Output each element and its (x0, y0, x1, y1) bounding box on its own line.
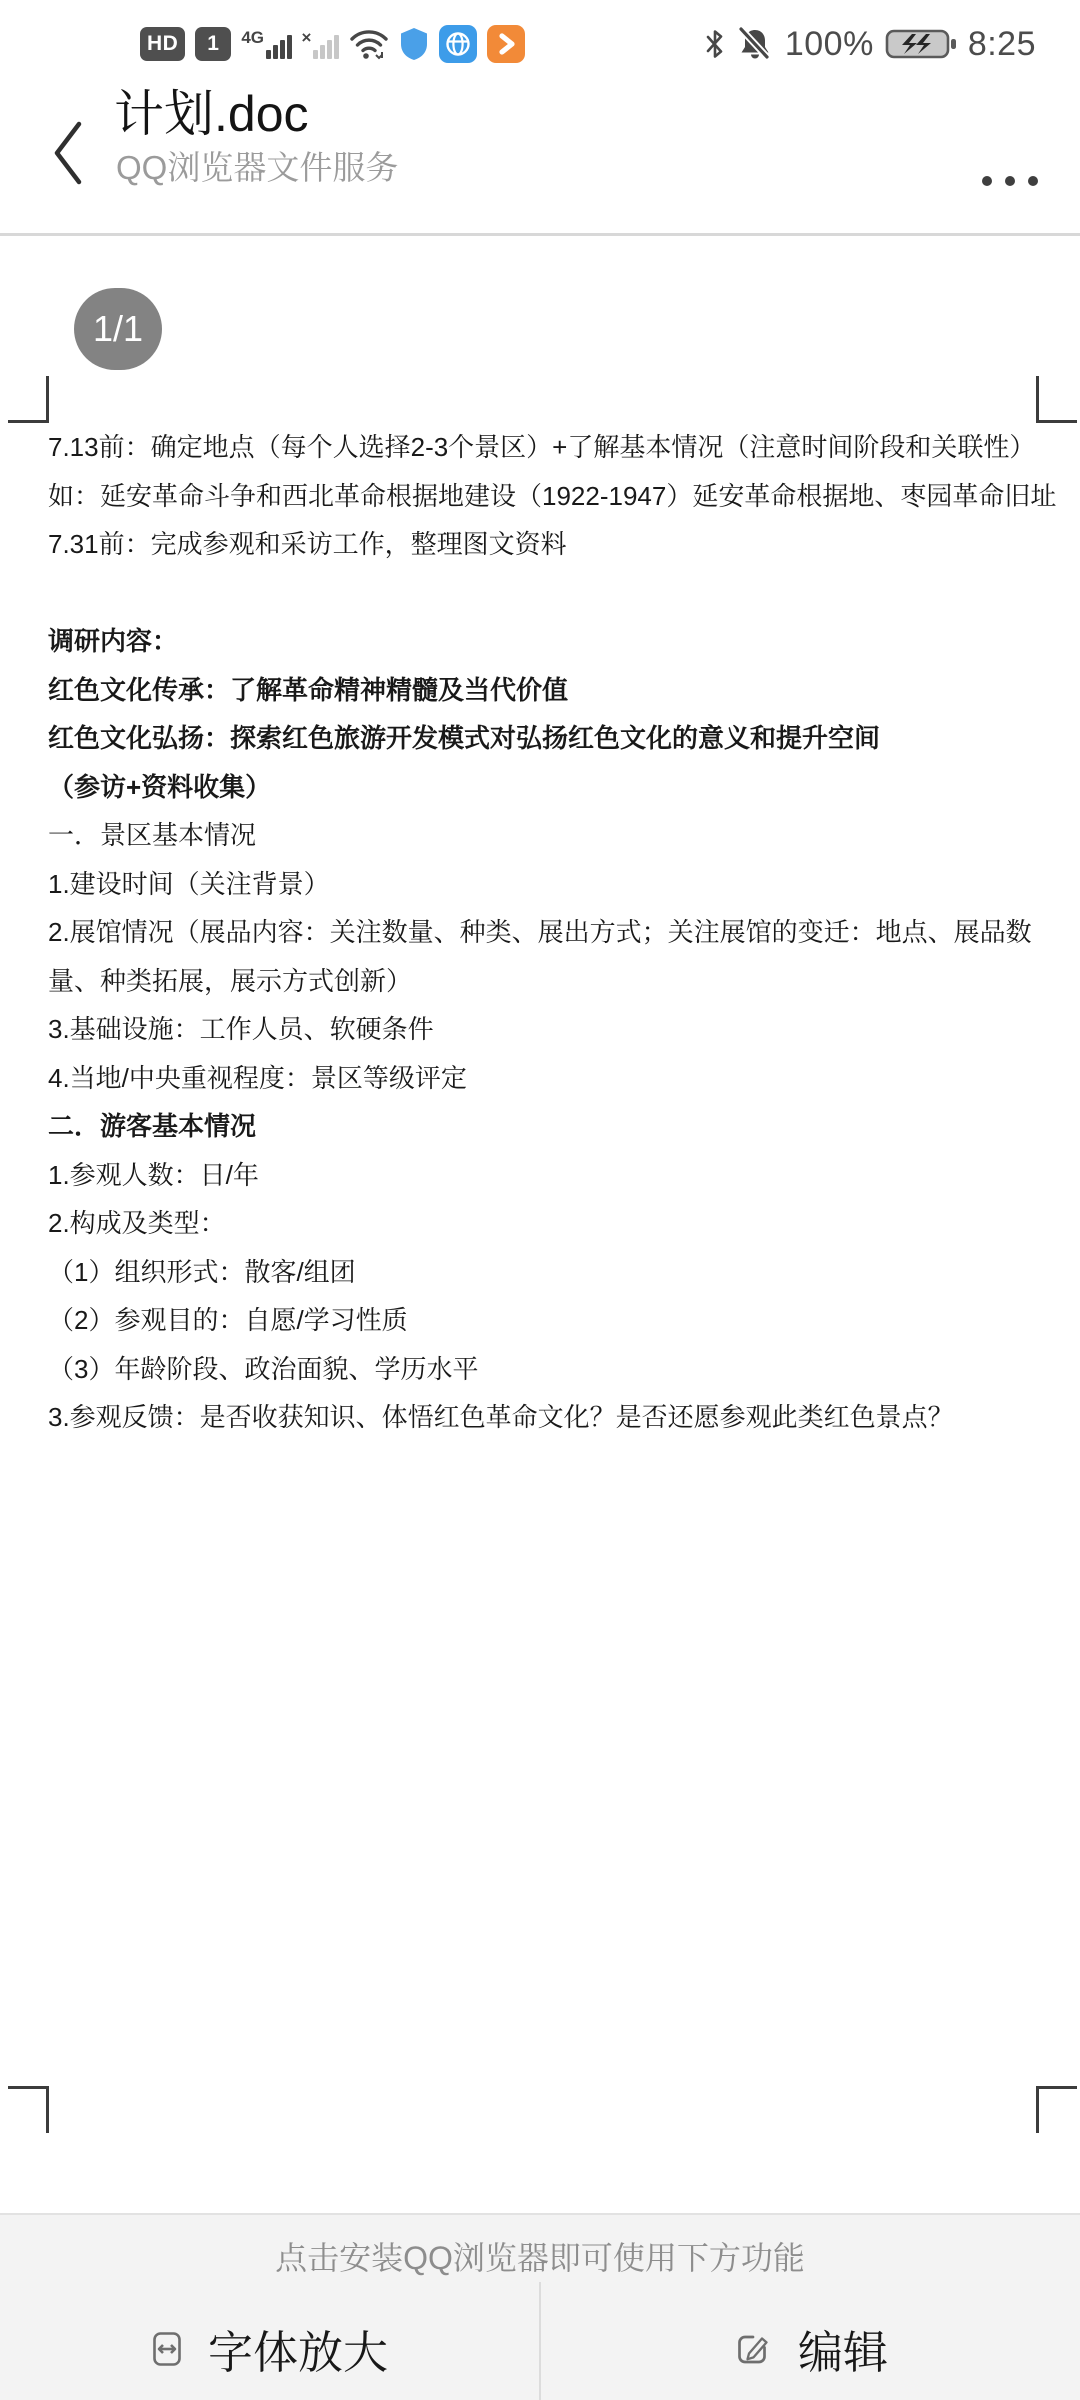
signal-no-service-icon: × (302, 29, 339, 59)
status-bar: HD 1 4G × (0, 0, 1080, 88)
signal-bars-dark (266, 35, 292, 59)
document-line: 1.参观人数：日/年 (48, 1151, 1040, 1200)
more-menu-button[interactable] (950, 158, 1042, 204)
ellipsis-dot (982, 176, 992, 186)
page-corner-mark-top-right (1036, 376, 1077, 423)
hd-badge: HD (140, 27, 185, 61)
document-line: 3.基础设施：工作人员、软硬条件 (48, 1005, 1040, 1054)
document-line: （参访+资料收集） (48, 763, 1040, 812)
page-indicator-badge: 1/1 (74, 288, 162, 370)
bluetooth-icon (705, 27, 725, 61)
ellipsis-dot (1028, 176, 1038, 186)
document-line: 7.13前：确定地点（每个人选择2-3个景区）+了解基本情况（注意时间阶段和关联… (48, 423, 1040, 472)
document-line: 2.展馆情况（展品内容：关注数量、种类、展出方式；关注展馆的变迁：地点、展品数 (48, 908, 1040, 957)
orange-app-icon (487, 25, 525, 63)
document-line: 二．游客基本情况 (48, 1102, 1040, 1151)
signal-bars-light (313, 35, 339, 59)
wifi-icon (349, 28, 389, 60)
document-line: （2）参观目的：自愿/学习性质 (48, 1296, 1040, 1345)
document-lines: 7.13前：确定地点（每个人选择2-3个景区）+了解基本情况（注意时间阶段和关联… (48, 423, 1040, 1442)
font-size-icon (152, 2331, 182, 2367)
no-signal-x: × (302, 29, 312, 46)
document-line (48, 569, 1040, 618)
document-line: 一．景区基本情况 (48, 811, 1040, 860)
edit-button[interactable]: 编辑 (540, 2297, 1080, 2400)
document-line: 量、种类拓展，展示方式创新） (48, 957, 1040, 1006)
document-line: 红色文化弘扬：探索红色旅游开发模式对弘扬红色文化的意义和提升空间 (48, 714, 1040, 763)
page-corner-mark-top-left (8, 376, 49, 423)
shield-icon (399, 27, 429, 61)
signal-4g-icon: 4G (241, 29, 291, 59)
ellipsis-dot (1005, 176, 1015, 186)
edit-icon (732, 2329, 772, 2369)
document-line: （1）组织形式：散客/组团 (48, 1248, 1040, 1297)
document-line: 1.建设时间（关注背景） (48, 860, 1040, 909)
document-header: 计划.doc QQ浏览器文件服务 (0, 88, 1080, 236)
document-line: 3.参观反馈：是否收获知识、体悟红色革命文化？是否还愿参观此类红色景点？ (48, 1393, 1040, 1442)
page-corner-mark-bottom-left (8, 2086, 49, 2133)
battery-percent-label: 100% (785, 25, 874, 64)
document-line: 红色文化传承：了解革命精神精髓及当代价值 (48, 666, 1040, 715)
back-button[interactable] (36, 98, 100, 208)
notifications-muted-icon (736, 26, 774, 62)
screen: HD 1 4G × (0, 0, 1080, 2400)
clock-label: 8:25 (968, 25, 1036, 64)
document-line: 如：延安革命斗争和西北革命根据地建设（1922-1947）延安革命根据地、枣园革… (48, 472, 1040, 521)
document-line: 2.构成及类型： (48, 1199, 1040, 1248)
browser-globe-icon (439, 25, 477, 63)
footer-button-divider (539, 2282, 541, 2400)
file-source-subtitle: QQ浏览器文件服务 (116, 148, 398, 188)
document-line: 7.31前：完成参观和采访工作，整理图文资料 (48, 520, 1040, 569)
chevron-left-icon (52, 120, 84, 186)
battery-charging-icon (885, 27, 957, 61)
file-title: 计划.doc (114, 84, 309, 144)
document-line: 调研内容： (48, 617, 1040, 666)
status-bar-right: 100% 8:25 (705, 0, 1036, 88)
document-line: （3）年龄阶段、政治面貌、学历水平 (48, 1345, 1040, 1394)
font-zoom-label: 字体放大 (208, 2316, 388, 2381)
page-corner-mark-bottom-right (1036, 2086, 1077, 2133)
font-zoom-button[interactable]: 字体放大 (0, 2297, 540, 2400)
document-line: 4.当地/中央重视程度：景区等级评定 (48, 1054, 1040, 1103)
sim1-badge: 1 (195, 27, 231, 61)
network-type-label: 4G (241, 29, 264, 46)
edit-label: 编辑 (798, 2316, 888, 2381)
status-bar-left: HD 1 4G × (140, 0, 525, 88)
